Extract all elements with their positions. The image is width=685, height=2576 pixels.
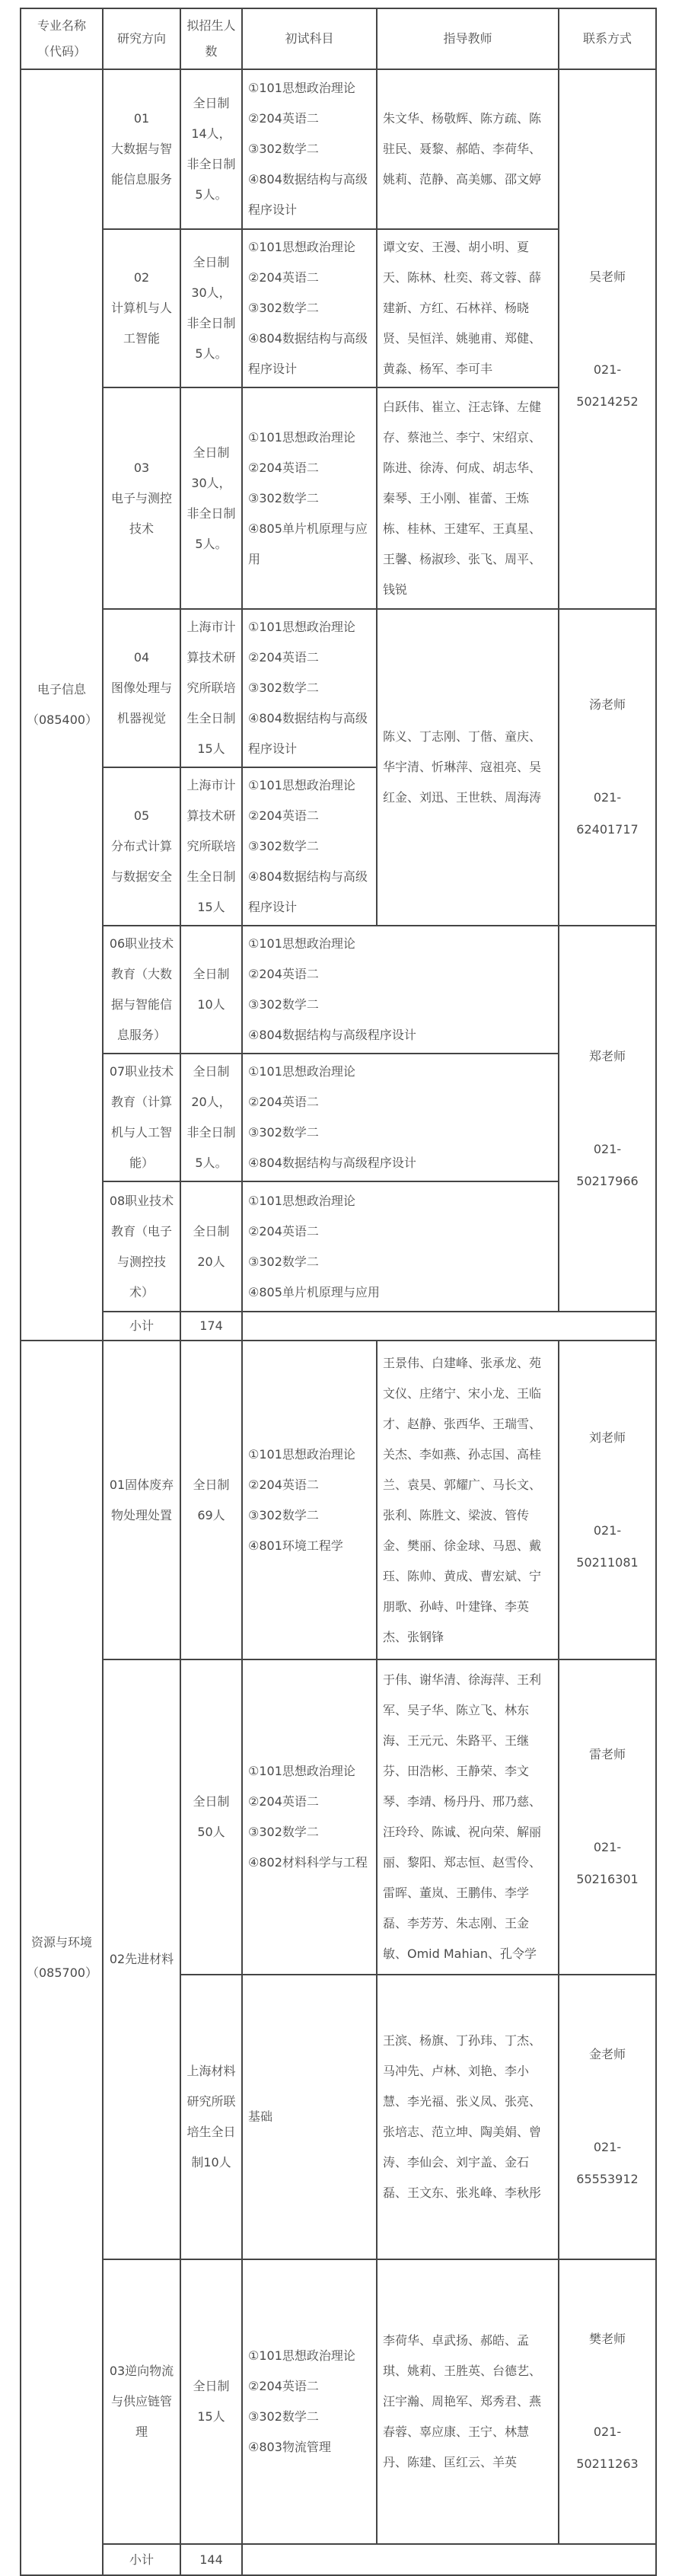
direction-cell: 03逆向物流与供应链管理 [103, 2259, 180, 2544]
col-header-teachers: 指导教师 [377, 8, 559, 69]
contact-teacher-name: 郑老师 [565, 1041, 650, 1073]
enrollment-cell: 全日制20人 [180, 1181, 242, 1312]
subtotal-value: 174 [180, 1312, 242, 1341]
contact-phone: 021- 50217966 [565, 1133, 650, 1197]
subjects-cell: ①101思想政治理论 ②204英语二 ③302数学二 ④804数据结构与高级程序… [242, 1054, 559, 1181]
subtotal-label: 小计 [103, 1312, 180, 1341]
contact-phone: 021- 50216301 [565, 1832, 650, 1895]
major-cell: 电子信息 （085400） [21, 69, 103, 1341]
contact-cell: 刘老师 021- 50211081 [559, 1341, 656, 1659]
table-row: 06职业技术教育（大数据与智能信息服务） 全日制10人 ①101思想政治理论 ②… [21, 926, 656, 1054]
table-row: 02先进材料 全日制50人 ①101思想政治理论 ②204英语二 ③302数学二… [21, 1659, 656, 1975]
contact-cell: 汤老师 021- 62401717 [559, 609, 656, 926]
contact-cell: 雷老师 021- 50216301 [559, 1659, 656, 1975]
direction-cell: 06职业技术教育（大数据与智能信息服务） [103, 926, 180, 1054]
teachers-cell: 朱文华、杨敬辉、陈方疏、陈驻民、聂黎、郝皓、李荷华、姚莉、范静、高美娜、邵文婷 [377, 69, 559, 229]
teachers-cell: 王滨、杨旗、丁孙玮、丁杰、马冲先、卢林、刘艳、李小慧、李光福、张义凤、张亮、张培… [377, 1975, 559, 2259]
contact-teacher-name: 雷老师 [565, 1739, 650, 1771]
subjects-cell: ①101思想政治理论 ②204英语二 ③302数学二 ④804数据结构与高级程序… [242, 69, 377, 229]
major-cell: 资源与环境 （085700） [21, 1341, 103, 2575]
contact-cell: 金老师 021- 65553912 [559, 1975, 656, 2259]
contact-cell: 吴老师 021-50214252 [559, 69, 656, 609]
table-row: 04 图像处理与机器视觉 上海市计算技术研究所联培生全日制15人 ①101思想政… [21, 609, 656, 767]
enrollment-cell: 全日制20人，非全日制5人。 [180, 1054, 242, 1181]
enrollment-cell: 上海材料研究所联培生全日制10人 [180, 1975, 242, 2259]
teachers-cell: 白跃伟、崔立、汪志锋、左健存、蔡池兰、李宁、宋绍京、陈进、徐涛、何成、胡志华、秦… [377, 387, 559, 609]
direction-cell: 07职业技术教育（计算机与人工智能） [103, 1054, 180, 1181]
direction-cell: 01 大数据与智能信息服务 [103, 69, 180, 229]
enrollment-cell: 全日制30人，非全日制5人。 [180, 229, 242, 387]
subtotal-label: 小计 [103, 2544, 180, 2575]
direction-cell: 04 图像处理与机器视觉 [103, 609, 180, 767]
teachers-cell: 李荷华、卓武扬、郝皓、孟琪、姚莉、王胜英、台德艺、汪宇瀚、周艳军、郑秀君、燕春蓉… [377, 2259, 559, 2544]
direction-cell: 01固体废弃物处理处置 [103, 1341, 180, 1659]
col-header-enrollment: 拟招生人数 [180, 8, 242, 69]
subjects-cell: ①101思想政治理论 ②204英语二 ③302数学二 ④802材料科学与工程 [242, 1659, 377, 1975]
teachers-cell: 于伟、谢华清、徐海萍、王利军、吴子华、陈立飞、林东海、王元元、朱路平、王继芬、田… [377, 1659, 559, 1975]
contact-phone: 021- 65553912 [565, 2131, 650, 2195]
contact-teacher-name: 汤老师 [565, 689, 650, 721]
contact-teacher-name: 金老师 [565, 2039, 650, 2071]
subjects-cell: ①101思想政治理论 ②204英语二 ③302数学二 ④803物流管理 [242, 2259, 377, 2544]
subjects-cell: ①101思想政治理论 ②204英语二 ③302数学二 ④804数据结构与高级程序… [242, 926, 559, 1054]
subjects-cell: ①101思想政治理论 ②204英语二 ③302数学二 ④804数据结构与高级程序… [242, 229, 377, 387]
table-row: 资源与环境 （085700） 01固体废弃物处理处置 全日制69人 ①101思想… [21, 1341, 656, 1659]
direction-cell: 02 计算机与人工智能 [103, 229, 180, 387]
table-row: 电子信息 （085400） 01 大数据与智能信息服务 全日制14人，非全日制5… [21, 69, 656, 229]
contact-teacher-name: 吴老师 [565, 261, 650, 293]
subjects-cell: ①101思想政治理论 ②204英语二 ③302数学二 ④805单片机原理与应用 [242, 387, 377, 609]
admissions-table-page: 专业名称 （代码） 研究方向 拟招生人数 初试科目 指导教师 联系方式 电子信息… [20, 8, 657, 2576]
enrollment-cell: 全日制10人 [180, 926, 242, 1054]
direction-cell: 05 分布式计算与数据安全 [103, 767, 180, 926]
table-row: 03逆向物流与供应链管理 全日制15人 ①101思想政治理论 ②204英语二 ③… [21, 2259, 656, 2544]
subjects-cell: ①101思想政治理论 ②204英语二 ③302数学二 ④804数据结构与高级程序… [242, 767, 377, 926]
direction-cell: 08职业技术教育（电子与测控技术） [103, 1181, 180, 1312]
contact-phone: 021- 50211081 [565, 1515, 650, 1579]
enrollment-cell: 上海市计算技术研究所联培生全日制15人 [180, 609, 242, 767]
contact-cell: 郑老师 021- 50217966 [559, 926, 656, 1312]
col-header-major: 专业名称 （代码） [21, 8, 103, 69]
col-header-direction: 研究方向 [103, 8, 180, 69]
subjects-cell: ①101思想政治理论 ②204英语二 ③302数学二 ④801环境工程学 [242, 1341, 377, 1659]
enrollment-cell: 上海市计算技术研究所联培生全日制15人 [180, 767, 242, 926]
header-row: 专业名称 （代码） 研究方向 拟招生人数 初试科目 指导教师 联系方式 [21, 8, 656, 69]
teachers-cell: 王景伟、白建峰、张承龙、苑文仪、庄绪宁、宋小龙、王临才、赵静、张西华、王瑞雪、关… [377, 1341, 559, 1659]
subjects-cell: ①101思想政治理论 ②204英语二 ③302数学二 ④804数据结构与高级程序… [242, 609, 377, 767]
enrollment-cell: 全日制50人 [180, 1659, 242, 1975]
direction-cell: 03 电子与测控技术 [103, 387, 180, 609]
subtotal-row: 小计 174 [21, 1312, 656, 1341]
col-header-subjects: 初试科目 [242, 8, 377, 69]
contact-teacher-name: 樊老师 [565, 2323, 650, 2355]
admissions-table: 专业名称 （代码） 研究方向 拟招生人数 初试科目 指导教师 联系方式 电子信息… [20, 8, 657, 2576]
enrollment-cell: 全日制15人 [180, 2259, 242, 2544]
enrollment-cell: 全日制30人，非全日制5人。 [180, 387, 242, 609]
contact-phone: 021- 62401717 [565, 782, 650, 846]
col-header-contact: 联系方式 [559, 8, 656, 69]
subtotal-empty-cell [242, 2544, 656, 2575]
contact-phone: 021-50214252 [565, 354, 650, 418]
direction-cell: 02先进材料 [103, 1659, 180, 2259]
enrollment-cell: 全日制69人 [180, 1341, 242, 1659]
teachers-cell: 谭文安、王漫、胡小明、夏天、陈林、杜奕、蒋文蓉、薛建新、方红、石林祥、杨晓贤、吴… [377, 229, 559, 387]
contact-teacher-name: 刘老师 [565, 1422, 650, 1454]
teachers-cell: 陈义、丁志刚、丁偕、童庆、华宇清、忻琳萍、寇祖亮、吴红金、刘迅、王世轶、周海涛 [377, 609, 559, 926]
contact-cell: 樊老师 021- 50211263 [559, 2259, 656, 2544]
subjects-cell: ①101思想政治理论 ②204英语二 ③302数学二 ④805单片机原理与应用 [242, 1181, 559, 1312]
subtotal-row: 小计 144 [21, 2544, 656, 2575]
enrollment-cell: 全日制14人，非全日制5人。 [180, 69, 242, 229]
subtotal-value: 144 [180, 2544, 242, 2575]
contact-phone: 021- 50211263 [565, 2416, 650, 2480]
subjects-cell: 基础 [242, 1975, 377, 2259]
subtotal-empty-cell [242, 1312, 656, 1341]
